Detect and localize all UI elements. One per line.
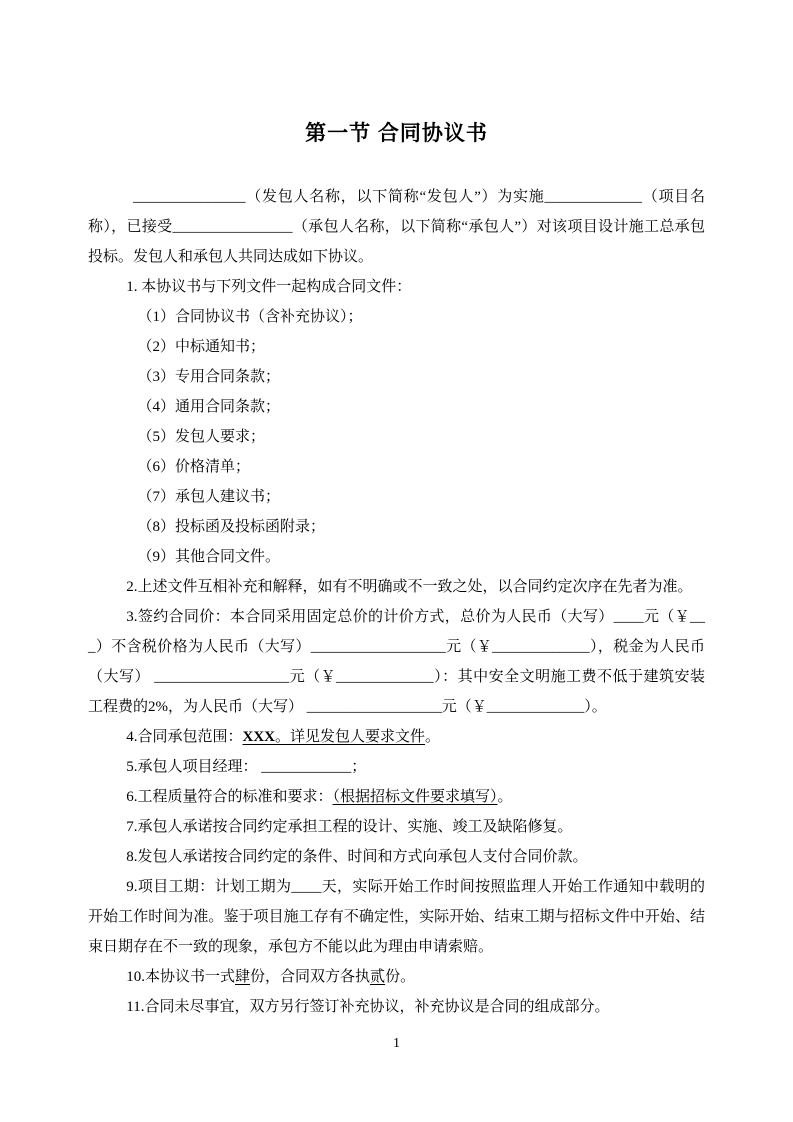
text-run: （2）中标通知书；	[138, 339, 266, 355]
text-run: （4）通用合同条款；	[138, 399, 281, 415]
text-run: 5.承包人项目经理：	[126, 759, 261, 775]
blank-field: _______________	[133, 189, 246, 205]
text-run: 。	[498, 789, 513, 805]
clause-11: 11.合同未尽事宜，双方另行签订补充协议，补充协议是合同的组成部分。	[88, 992, 705, 1022]
blank-field: ____	[614, 609, 644, 625]
blank-field: _____________	[545, 189, 643, 205]
blank-field: _____________	[336, 669, 434, 685]
text-run: 元（￥	[644, 609, 690, 625]
text-run: 份。	[385, 969, 415, 985]
underlined-text: 贰	[370, 969, 385, 985]
underlined-text: （根据招标文件要求填写）	[333, 789, 498, 805]
contract-file-item: （3）专用合同条款；	[88, 362, 705, 392]
text-run: ）。	[584, 699, 607, 715]
clause-1-head: 1. 本协议书与下列文件一起构成合同文件：	[88, 272, 705, 302]
clause-4: 4.合同承包范围：XXX。详见发包人要求文件。	[88, 722, 705, 752]
text-run: 份，合同双方各执	[250, 969, 370, 985]
page-title: 第一节 合同协议书	[88, 120, 705, 148]
clause-10: 10.本协议书一式肆份，合同双方各执贰份。	[88, 962, 705, 992]
text-run: 10.本协议书一式	[126, 969, 235, 985]
clause-3: 3.签约合同价：本合同采用固定总价的计价方式，总价为人民币（大写）____元（￥…	[88, 602, 705, 722]
contract-file-item: （5）发包人要求；	[88, 422, 705, 452]
contract-file-item: （2）中标通知书；	[88, 332, 705, 362]
underlined-text: XXX	[243, 729, 276, 745]
text-run: 。	[425, 729, 440, 745]
text-run: （5）发包人要求；	[138, 429, 266, 445]
underlined-text: 肆	[235, 969, 250, 985]
clause-6: 6.工程质量符合的标准和要求：（根据招标文件要求填写）。	[88, 782, 705, 812]
text-run: 2.上述文件互相补充和解释，如有不明确或不一致之处，以合同约定次序在先者为准。	[126, 579, 692, 595]
blank-field: __________________	[154, 669, 289, 685]
text-run: 元（￥	[442, 699, 487, 715]
contract-file-item: （1）合同协议书（含补充协议）；	[88, 302, 705, 332]
contract-file-item: （6）价格清单；	[88, 452, 705, 482]
blank-field: _____________	[492, 639, 590, 655]
text-run: 9.项目工期：计划工期为	[126, 879, 291, 895]
text-run: （3）专用合同条款；	[138, 369, 281, 385]
text-run: （9）其他合同文件。	[138, 549, 281, 565]
text-run: 11.合同未尽事宜，双方另行签订补充协议，补充协议是合同的组成部分。	[126, 999, 609, 1015]
text-run: 元（￥	[446, 639, 492, 655]
text-run: 4.合同承包范围：	[126, 729, 242, 745]
text-run: （1）合同协议书（含补充协议）；	[138, 309, 363, 325]
contract-file-item: （8）投标函及投标函附录；	[88, 512, 705, 542]
blank-field: __________________	[311, 639, 446, 655]
blank-field: __________________	[307, 699, 442, 715]
text-run: 8.发包人承诺按合同约定的条件、时间和方式向承包人支付合同价款。	[126, 849, 587, 865]
text-run: ；	[351, 759, 366, 775]
clause-8: 8.发包人承诺按合同约定的条件、时间和方式向承包人支付合同价款。	[88, 842, 705, 872]
clause-2: 2.上述文件互相补充和解释，如有不明确或不一致之处，以合同约定次序在先者为准。	[88, 572, 705, 602]
document-body: _______________（发包人名称，以下简称“发包人”）为实施_____…	[88, 182, 705, 1022]
clause-5: 5.承包人项目经理： ____________；	[88, 752, 705, 782]
blank-field: ____	[291, 879, 321, 895]
text-run: （7）承包人建议书；	[138, 489, 281, 505]
document-page: 第一节 合同协议书 _______________（发包人名称，以下简称“发包人…	[0, 0, 793, 1122]
text-run: （8）投标函及投标函附录；	[138, 519, 326, 535]
underlined-text: 。详见发包人要求文件	[275, 729, 425, 745]
blank-field: _____________	[487, 699, 585, 715]
text-run: 6.工程质量符合的标准和要求：	[126, 789, 332, 805]
text-run: 元（￥	[289, 669, 336, 685]
text-run: （发包人名称，以下简称“发包人”）为实施	[246, 189, 545, 205]
text-run: ）不含税价格为人民币（大写）	[96, 639, 311, 655]
text-run: 7.承包人承诺按合同约定承担工程的设计、实施、竣工及缺陷修复。	[126, 819, 572, 835]
clause-9: 9.项目工期：计划工期为____天，实际开始工作时间按照监理人开始工作通知中载明…	[88, 872, 705, 962]
contract-file-item: （7）承包人建议书；	[88, 482, 705, 512]
clause-7: 7.承包人承诺按合同约定承担工程的设计、实施、竣工及缺陷修复。	[88, 812, 705, 842]
text-run: 1. 本协议书与下列文件一起构成合同文件：	[126, 279, 411, 295]
text-run: （6）价格清单；	[138, 459, 251, 475]
contract-file-item: （9）其他合同文件。	[88, 542, 705, 572]
blank-field: ________________	[172, 219, 292, 235]
contract-file-item: （4）通用合同条款；	[88, 392, 705, 422]
paragraph-intro: _______________（发包人名称，以下简称“发包人”）为实施_____…	[88, 182, 705, 272]
blank-field: ____________	[261, 759, 351, 775]
text-run: 3.签约合同价：本合同采用固定总价的计价方式，总价为人民币（大写）	[126, 609, 613, 625]
page-number: 1	[0, 1034, 793, 1054]
